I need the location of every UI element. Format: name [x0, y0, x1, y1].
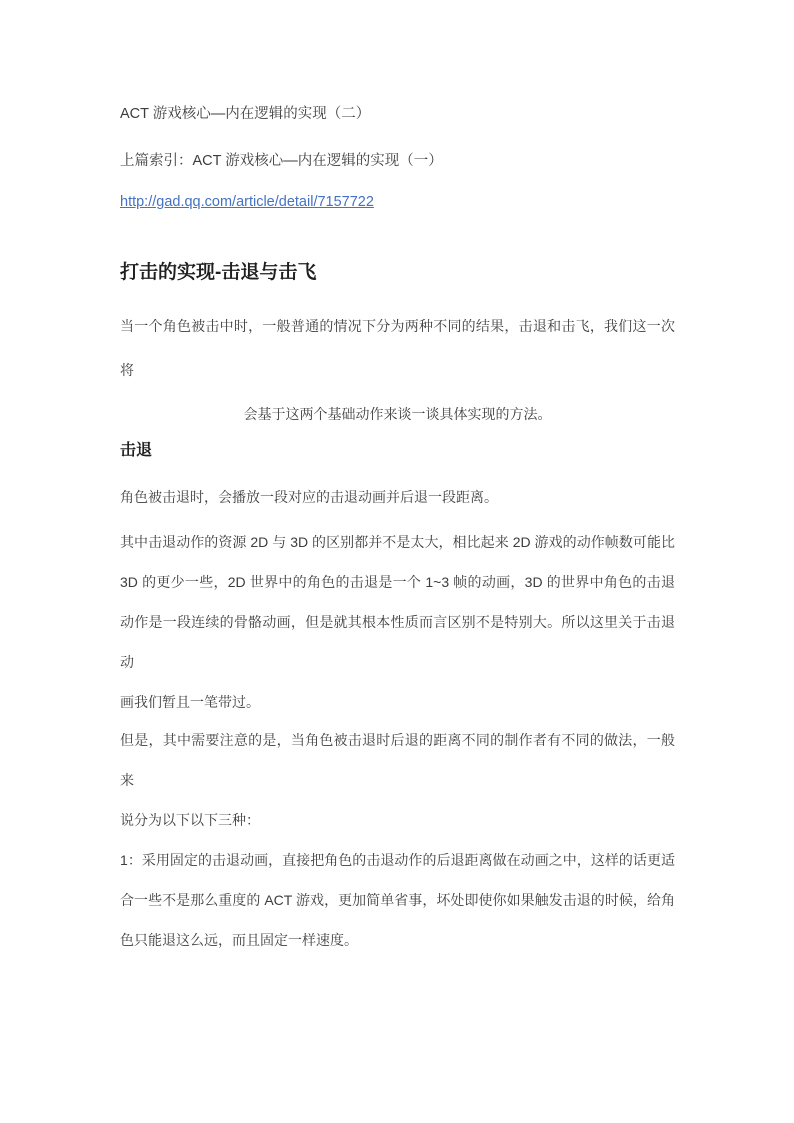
- intro-paragraph: 当一个角色被击中时，一般普通的情况下分为两种不同的结果，击退和击飞，我们这一次将…: [120, 304, 675, 436]
- section-heading: 打击的实现-击退与击飞: [120, 260, 675, 286]
- article-link-row: http://gad.qq.com/article/detail/7157722: [120, 192, 675, 212]
- subsection-heading: 击退: [120, 442, 675, 460]
- article-title: ACT 游戏核心—内在逻辑的实现（二）: [120, 104, 675, 124]
- paragraph-line: 合一些不是那么重度的 ACT 游戏，更加简单省事，坏处即使你如果触发击退的时候，…: [120, 880, 675, 920]
- document-content: ACT 游戏核心—内在逻辑的实现（二） 上篇索引：ACT 游戏核心—内在逻辑的实…: [120, 0, 675, 960]
- paragraph-line: 画我们暂且一笔带过。: [120, 682, 675, 722]
- paragraph-line: 色只能退这么远，而且固定一样速度。: [120, 920, 675, 960]
- paragraph-line: 但是，其中需要注意的是，当角色被击退时后退的距离不同的制作者有不同的做法，一般来: [120, 720, 675, 800]
- paragraph-line: 会基于这两个基础动作来谈一谈具体实现的方法。: [120, 392, 675, 436]
- paragraph-line: 说分为以下以下三种：: [120, 800, 675, 840]
- method1-paragraph: 1：采用固定的击退动画，直接把角色的击退动作的后退距离做在动画之中，这样的话更适…: [120, 840, 675, 960]
- paragraph-line: 角色被击退时，会播放一段对应的击退动画并后退一段距离。: [120, 477, 675, 517]
- paragraph-line: 1：采用固定的击退动画，直接把角色的击退动作的后退距离做在动画之中，这样的话更适: [120, 840, 675, 880]
- paragraph-line: 动作是一段连续的骨骼动画，但是就其根本性质而言区别不是特别大。所以这里关于击退动: [120, 602, 675, 682]
- article-link[interactable]: http://gad.qq.com/article/detail/7157722: [120, 194, 374, 210]
- paragraph-line: 其中击退动作的资源 2D 与 3D 的区别都并不是太大，相比起来 2D 游戏的动…: [120, 522, 675, 562]
- knockback-paragraph: 角色被击退时，会播放一段对应的击退动画并后退一段距离。: [120, 477, 675, 517]
- paragraph-line: 当一个角色被击中时，一般普通的情况下分为两种不同的结果，击退和击飞，我们这一次将: [120, 304, 675, 392]
- previous-article-reference: 上篇索引：ACT 游戏核心—内在逻辑的实现（一）: [120, 151, 675, 171]
- paragraph-line: 3D 的更少一些，2D 世界中的角色的击退是一个 1~3 帧的动画，3D 的世界…: [120, 562, 675, 602]
- note-paragraph: 但是，其中需要注意的是，当角色被击退时后退的距离不同的制作者有不同的做法，一般来…: [120, 720, 675, 840]
- resources-paragraph: 其中击退动作的资源 2D 与 3D 的区别都并不是太大，相比起来 2D 游戏的动…: [120, 522, 675, 722]
- document-page: ACT 游戏核心—内在逻辑的实现（二） 上篇索引：ACT 游戏核心—内在逻辑的实…: [0, 0, 794, 1123]
